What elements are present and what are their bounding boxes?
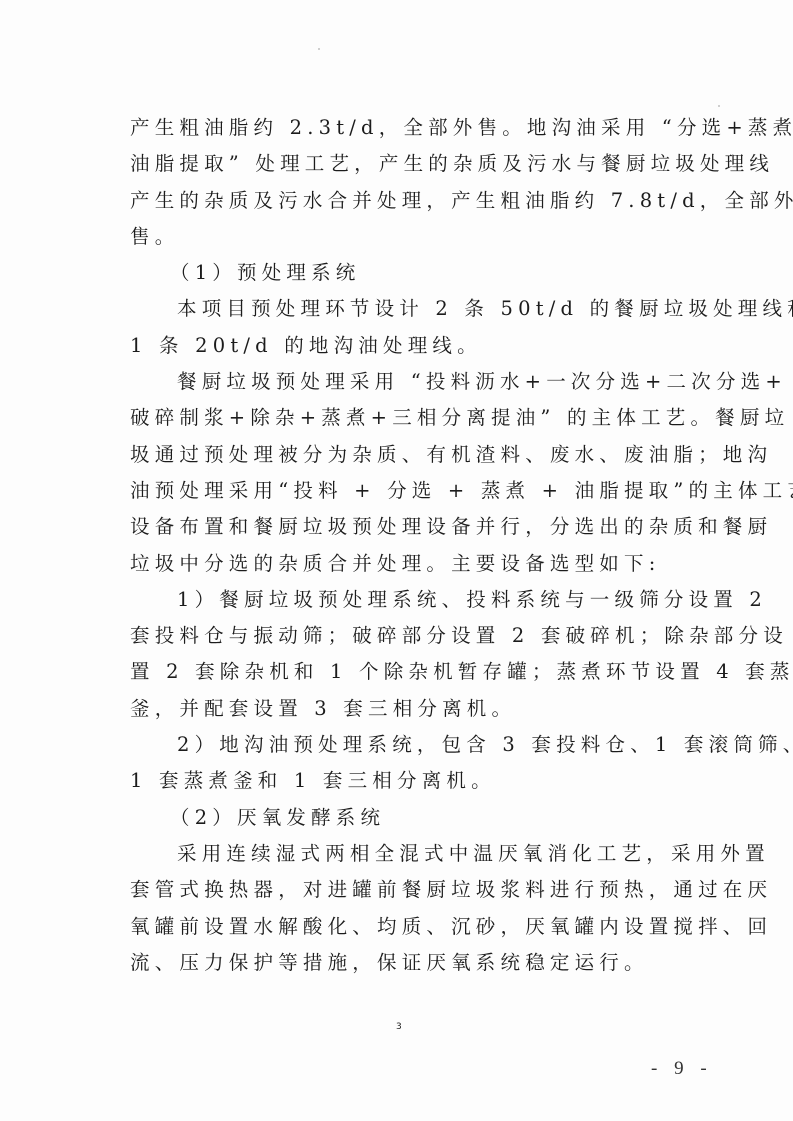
text-line: 破碎制浆+除杂+蒸煮+三相分离提油” 的主体工艺。餐厨垃 [130,400,660,436]
section-heading-pretreatment: （1）预处理系统 [130,255,660,291]
paragraph-start: 采用连续湿式两相全混式中温厌氧消化工艺，采用外置 [130,836,660,872]
text-line: 垃圾中分选的杂质合并处理。主要设备选型如下: [130,546,660,582]
text-line: 釜，并配套设置 3 套三相分离机。 [130,691,660,727]
page-number: - 9 - [651,1058,713,1080]
scan-speck [318,48,320,50]
text-line: 流、压力保护等措施，保证厌氧系统稳定运行。 [130,945,660,981]
text-line: 置 2 套除杂机和 1 个除杂机暂存罐；蒸煮环节设置 4 套蒸煮 [130,654,660,690]
document-page: 产生粗油脂约 2.3t/d，全部外售。地沟油采用 “分选+蒸煮+ 油脂提取” 处… [0,0,793,1121]
text-line: 圾通过预处理被分为杂质、有机渣料、废水、废油脂；地沟 [130,437,660,473]
text-line: 油脂提取” 处理工艺，产生的杂质及污水与餐厨垃圾处理线 [130,146,660,182]
body-text: 产生粗油脂约 2.3t/d，全部外售。地沟油采用 “分选+蒸煮+ 油脂提取” 处… [130,110,660,981]
text-line: 产生粗油脂约 2.3t/d，全部外售。地沟油采用 “分选+蒸煮+ [130,110,660,146]
text-line: 产生的杂质及污水合并处理，产生粗油脂约 7.8t/d，全部外 [130,183,660,219]
text-line: 氧罐前设置水解酸化、均质、沉砂，厌氧罐内设置搅拌、回 [130,909,660,945]
list-item-2: 2）地沟油预处理系统，包含 3 套投料仓、1 套滚筒筛、 [130,727,660,763]
text-line: 套投料仓与振动筛；破碎部分设置 2 套破碎机；除杂部分设 [130,618,660,654]
text-line: 1 条 20t/d 的地沟油处理线。 [130,328,660,364]
text-line: 1 套蒸煮釜和 1 套三相分离机。 [130,763,660,799]
text-line: 套管式换热器，对进罐前餐厨垃圾浆料进行预热，通过在厌 [130,872,660,908]
text-line: 设备布置和餐厨垃圾预处理设备并行，分选出的杂质和餐厨 [130,509,660,545]
section-heading-anaerobic: （2）厌氧发酵系统 [130,800,660,836]
text-line: 售。 [130,219,660,255]
footer-small-number: 3 [396,1022,402,1032]
paragraph-start: 本项目预处理环节设计 2 条 50t/d 的餐厨垃圾处理线和 [130,291,660,327]
scan-speck [718,105,720,107]
text-line: 油预处理采用“投料 + 分选 + 蒸煮 + 油脂提取”的主体工艺， [130,473,660,509]
list-item-1: 1）餐厨垃圾预处理系统、投料系统与一级筛分设置 2 [130,582,660,618]
paragraph-start: 餐厨垃圾预处理采用 “投料沥水+一次分选+二次分选+ [130,364,660,400]
